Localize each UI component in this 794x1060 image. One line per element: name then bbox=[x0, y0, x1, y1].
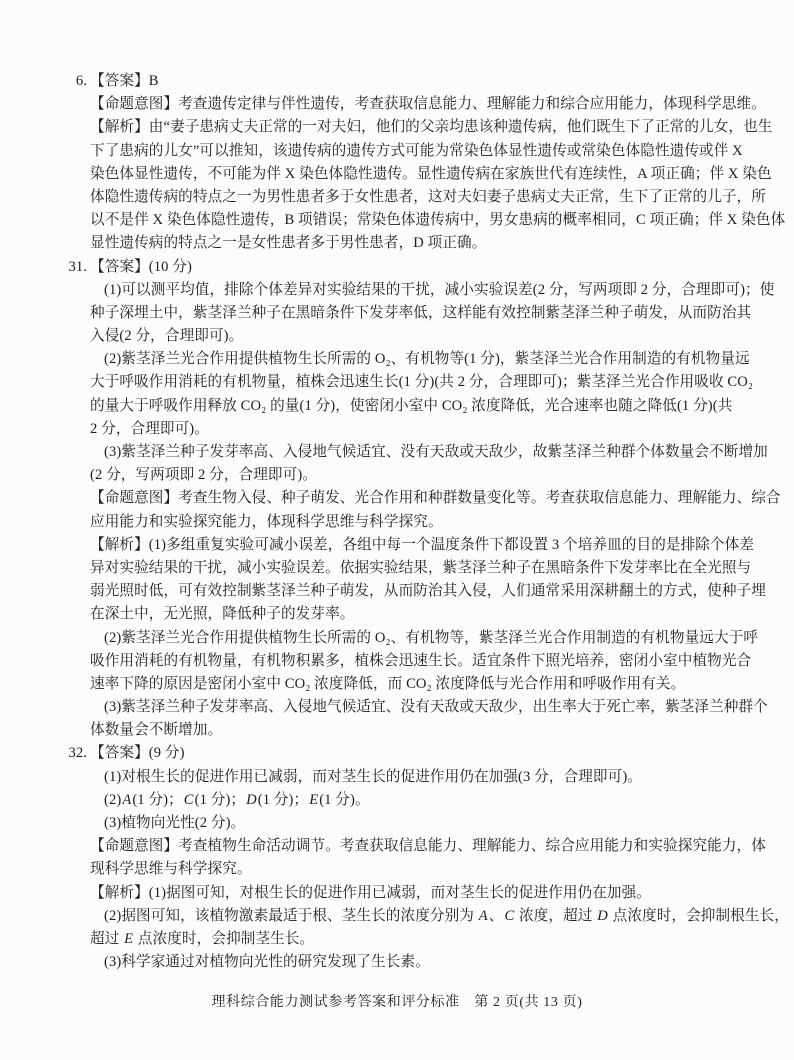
line-text: (2)据图可知，该植物激素最适于根、茎生长的浓度分别为 A、C 浓度，超过 D … bbox=[104, 908, 789, 924]
text-line: 的量大于呼吸作用释放 CO₂ 的量(1 分)，使密闭小室中 CO₂ 浓度降低，光… bbox=[0, 395, 794, 418]
text-line: 在深土中，无光照，降低种子的发芽率。 bbox=[0, 603, 794, 626]
text-line: 弱光照时低，可有效控制紫茎泽兰种子萌发，从而防治其入侵，人们通常采用深耕翻土的方… bbox=[0, 580, 794, 603]
text-line: 以不是伴 X 染色体隐性遗传，B 项错误；常染色体遗传病中，男女患病的概率相同，… bbox=[0, 209, 794, 232]
line-text: 【命题意图】考查遗传定律与伴性遗传，考查获取信息能力、理解能力和综合应用能力，体… bbox=[90, 96, 766, 112]
page-footer: 理科综合能力测试参考答案和评分标准 第 2 页(共 13 页) bbox=[0, 991, 794, 1011]
text-line: 【命题意图】考查生物入侵、种子萌发、光合作用和种群数量变化等。考查获取信息能力、… bbox=[0, 487, 794, 510]
line-text: 2 分，合理即可)。 bbox=[90, 421, 209, 437]
line-text: 【解析】由“妻子患病丈夫正常的一对夫妇，他们的父亲均患该种遗传病，他们既生下了正… bbox=[90, 119, 773, 135]
line-text: 应用能力和实验探究能力，体现科学思维与科学探究。 bbox=[90, 514, 443, 530]
line-text: 种子深埋土中，紫茎泽兰种子在黑暗条件下发芽率低，这样能有效控制紫茎泽兰种子萌发，… bbox=[90, 305, 751, 321]
line-text: 染色体显性遗传，不可能为伴 X 染色体隐性遗传。显性遗传病在家族世代有连续性，A… bbox=[90, 166, 772, 182]
text-line: 体数量会不断增加。 bbox=[0, 719, 794, 742]
variable-letter: C bbox=[503, 908, 515, 924]
variable-letter: D bbox=[596, 908, 609, 924]
text-line: (2 分，写两项即 2 分，合理即可)。 bbox=[0, 464, 794, 487]
text-line: 【命题意图】考查遗传定律与伴性遗传，考查获取信息能力、理解能力和综合应用能力，体… bbox=[0, 93, 794, 116]
text-line: (3)科学家通过对植物向光性的研究发现了生长素。 bbox=[0, 951, 794, 974]
text-line: (3)紫茎泽兰种子发芽率高、入侵地气候适宜、没有天敌或天敌少，故紫茎泽兰种群个体… bbox=[0, 441, 794, 464]
line-text: (1)对根生长的促进作用已减弱，而对茎生长的促进作用仍在加强(3 分，合理即可)… bbox=[104, 769, 642, 785]
line-text: (3)紫茎泽兰种子发芽率高、入侵地气候适宜、没有天敌或天敌少，故紫茎泽兰种群个体… bbox=[104, 444, 768, 460]
text-line: 下了患病的儿女”可以推知，该遗传病的遗传方式可能为常染色体显性遗传或常染色体隐性… bbox=[0, 140, 794, 163]
line-text: 在深土中，无光照，降低种子的发芽率。 bbox=[90, 606, 355, 622]
line-text: 【答案】B bbox=[90, 73, 159, 89]
text-line: 【命题意图】考查植物生命活动调节。考查获取信息能力、理解能力、综合应用能力和实验… bbox=[0, 835, 794, 858]
text-line: 【解析】由“妻子患病丈夫正常的一对夫妇，他们的父亲均患该种遗传病，他们既生下了正… bbox=[0, 116, 794, 139]
line-text: 吸作用消耗的有机物量，有机物积累多，植株会迅速生长。适宜条件下照光培养，密闭小室… bbox=[90, 653, 751, 669]
text-line: (3)植物向光性(2 分)。 bbox=[0, 812, 794, 835]
line-text: 【解析】(1)据图可知，对根生长的促进作用已减弱，而对茎生长的促进作用仍在加强。 bbox=[90, 885, 651, 901]
text-line: 大于呼吸作用消耗的有机物量，植株会迅速生长(1 分)(共 2 分，合理即可)；紫… bbox=[0, 371, 794, 394]
line-text: 大于呼吸作用消耗的有机物量，植株会迅速生长(1 分)(共 2 分，合理即可)；紫… bbox=[90, 374, 753, 390]
text-line: (3)紫茎泽兰种子发芽率高、入侵地气候适宜、没有天敌或天敌少，出生率大于死亡率，… bbox=[0, 696, 794, 719]
text-line: 入侵(2 分，合理即可)。 bbox=[0, 325, 794, 348]
question-number: 31. bbox=[48, 256, 88, 279]
text-line: (2)据图可知，该植物激素最适于根、茎生长的浓度分别为 A、C 浓度，超过 D … bbox=[0, 905, 794, 928]
line-text: 入侵(2 分，合理即可)。 bbox=[90, 328, 243, 344]
text-line: (1)可以测平均值，排除个体差异对实验结果的干扰，减小实验误差(2 分，写两项即… bbox=[0, 279, 794, 302]
exam-answer-page: 6.【答案】B【命题意图】考查遗传定律与伴性遗传，考查获取信息能力、理解能力和综… bbox=[0, 0, 794, 1060]
line-text: (2)紫茎泽兰光合作用提供植物生长所需的 O₂、有机物等(1 分)，紫茎泽兰光合… bbox=[104, 351, 750, 367]
line-text: 【命题意图】考查植物生命活动调节。考查获取信息能力、理解能力、综合应用能力和实验… bbox=[90, 838, 766, 854]
answer-document: 6.【答案】B【命题意图】考查遗传定律与伴性遗传，考查获取信息能力、理解能力和综… bbox=[0, 70, 794, 974]
line-text: (3)科学家通过对植物向光性的研究发现了生长素。 bbox=[104, 954, 430, 970]
text-line: 2 分，合理即可)。 bbox=[0, 418, 794, 441]
line-text: 【答案】(10 分) bbox=[90, 259, 192, 275]
line-text: 异对实验结果的干扰，减小实验误差。依据实验结果，紫茎泽兰种子在黑暗条件下发芽率比… bbox=[90, 560, 751, 576]
line-text: 弱光照时低，可有效控制紫茎泽兰种子萌发，从而防治其入侵，人们通常采用深耕翻土的方… bbox=[90, 583, 766, 599]
text-line: 吸作用消耗的有机物量，有机物积累多，植株会迅速生长。适宜条件下照光培养，密闭小室… bbox=[0, 650, 794, 673]
variable-letter: C bbox=[183, 792, 195, 808]
question-number: 32. bbox=[48, 742, 88, 765]
line-text: 以不是伴 X 染色体隐性遗传，B 项错误；常染色体遗传病中，男女患病的概率相同，… bbox=[90, 212, 785, 228]
line-text: 显性遗传病的特点之一是女性患者多于男性患者，D 项正确。 bbox=[90, 235, 486, 251]
text-line: 体隐性遗传病的特点之一为男性患者多于女性患者，这对夫妇妻子患病丈夫正常，生下了正… bbox=[0, 186, 794, 209]
text-line: (2)紫茎泽兰光合作用提供植物生长所需的 O₂、有机物等，紫茎泽兰光合作用制造的… bbox=[0, 627, 794, 650]
text-line: 【解析】(1)多组重复实验可减小误差，各组中每一个温度条件下都设置 3 个培养皿… bbox=[0, 534, 794, 557]
text-line: (2)A(1 分)；C(1 分)；D(1 分)；E(1 分)。 bbox=[0, 789, 794, 812]
line-text: 超过 E 点浓度时，会抑制茎生长。 bbox=[90, 931, 314, 947]
text-line: 【解析】(1)据图可知，对根生长的促进作用已减弱，而对茎生长的促进作用仍在加强。 bbox=[0, 882, 794, 905]
text-line: 现科学思维与科学探究。 bbox=[0, 858, 794, 881]
line-text: 体隐性遗传病的特点之一为男性患者多于女性患者，这对夫妇妻子患病丈夫正常，生下了正… bbox=[90, 189, 766, 205]
line-text: (2)A(1 分)；C(1 分)；D(1 分)；E(1 分)。 bbox=[104, 792, 370, 808]
line-text: (1)可以测平均值，排除个体差异对实验结果的干扰，减小实验误差(2 分，写两项即… bbox=[104, 282, 774, 298]
line-text: 现科学思维与科学探究。 bbox=[90, 861, 252, 877]
text-line: (2)紫茎泽兰光合作用提供植物生长所需的 O₂、有机物等(1 分)，紫茎泽兰光合… bbox=[0, 348, 794, 371]
line-text: (3)紫茎泽兰种子发芽率高、入侵地气候适宜、没有天敌或天敌少，出生率大于死亡率，… bbox=[104, 699, 768, 715]
line-text: 【答案】(9 分) bbox=[90, 745, 185, 761]
text-line: (1)对根生长的促进作用已减弱，而对茎生长的促进作用仍在加强(3 分，合理即可)… bbox=[0, 766, 794, 789]
text-line: 种子深埋土中，紫茎泽兰种子在黑暗条件下发芽率低，这样能有效控制紫茎泽兰种子萌发，… bbox=[0, 302, 794, 325]
line-text: (3)植物向光性(2 分)。 bbox=[104, 815, 245, 831]
text-line: 显性遗传病的特点之一是女性患者多于男性患者，D 项正确。 bbox=[0, 232, 794, 255]
line-text: (2 分，写两项即 2 分，合理即可)。 bbox=[90, 467, 317, 483]
variable-letter: E bbox=[123, 931, 134, 947]
line-text: 【解析】(1)多组重复实验可减小误差，各组中每一个温度条件下都设置 3 个培养皿… bbox=[90, 537, 754, 553]
variable-letter: A bbox=[478, 908, 489, 924]
text-line: 31.【答案】(10 分) bbox=[0, 256, 794, 279]
text-line: 染色体显性遗传，不可能为伴 X 染色体隐性遗传。显性遗传病在家族世代有连续性，A… bbox=[0, 163, 794, 186]
variable-letter: E bbox=[308, 792, 319, 808]
question-number: 6. bbox=[48, 70, 88, 93]
text-line: 超过 E 点浓度时，会抑制茎生长。 bbox=[0, 928, 794, 951]
text-line: 速率下降的原因是密闭小室中 CO₂ 浓度降低，而 CO₂ 浓度降低与光合作用和呼… bbox=[0, 673, 794, 696]
line-text: 【命题意图】考查生物入侵、种子萌发、光合作用和种群数量变化等。考查获取信息能力、… bbox=[90, 490, 781, 506]
line-text: (2)紫茎泽兰光合作用提供植物生长所需的 O₂、有机物等，紫茎泽兰光合作用制造的… bbox=[104, 630, 758, 646]
line-text: 的量大于呼吸作用释放 CO₂ 的量(1 分)，使密闭小室中 CO₂ 浓度降低，光… bbox=[90, 398, 732, 414]
text-line: 异对实验结果的干扰，减小实验误差。依据实验结果，紫茎泽兰种子在黑暗条件下发芽率比… bbox=[0, 557, 794, 580]
text-line: 32.【答案】(9 分) bbox=[0, 742, 794, 765]
line-text: 速率下降的原因是密闭小室中 CO₂ 浓度降低，而 CO₂ 浓度降低与光合作用和呼… bbox=[90, 676, 685, 692]
variable-letter: A bbox=[121, 792, 132, 808]
variable-letter: D bbox=[245, 792, 258, 808]
text-line: 6.【答案】B bbox=[0, 70, 794, 93]
line-text: 体数量会不断增加。 bbox=[90, 722, 222, 738]
text-line: 应用能力和实验探究能力，体现科学思维与科学探究。 bbox=[0, 511, 794, 534]
line-text: 下了患病的儿女”可以推知，该遗传病的遗传方式可能为常染色体显性遗传或常染色体隐性… bbox=[90, 143, 743, 159]
